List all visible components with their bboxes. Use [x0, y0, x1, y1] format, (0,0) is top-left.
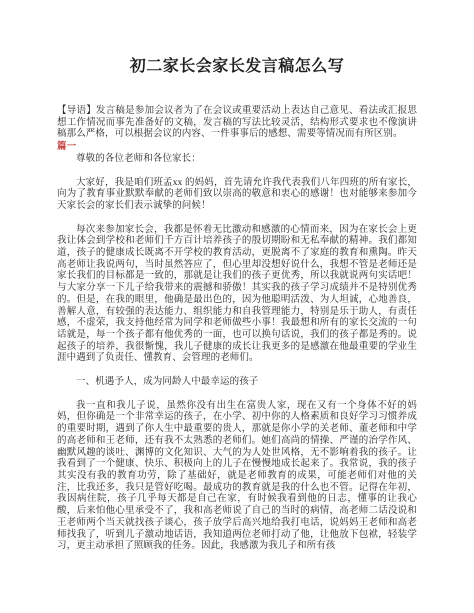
document-page: 初二家长会家长发言稿怎么写 【导语】发言稿是参加会议者为了在会议或重要活动上表达… [0, 0, 474, 613]
body-paragraph-1: 大家好，我是咱们班孟xx 的妈妈，首先请允许我代表我们八年四班的所有家长，向为了… [57, 178, 417, 213]
body-paragraph-3: 我一直和我儿子说，虽然你没有出生在富贵人家，现在又有一个身体不好的妈妈，但你确是… [57, 401, 417, 553]
speech-subheading: 一、机遇予人，成为同龄人中最幸运的孩子 [57, 377, 417, 389]
greeting-line: 尊敬的各位老师和各位家长： [57, 154, 417, 166]
body-paragraph-2: 每次来参加家长会，我都是怀着无比激动和感激的心情而来，因为在家长会上更我让体会到… [57, 225, 417, 365]
page-title: 初二家长会家长发言稿怎么写 [57, 0, 417, 76]
intro-paragraph: 【导语】发言稿是参加会议者为了在会议或重要活动上表达自己意见、看法或汇报思想工作… [57, 106, 417, 141]
section-marker: 篇一 [57, 142, 417, 154]
